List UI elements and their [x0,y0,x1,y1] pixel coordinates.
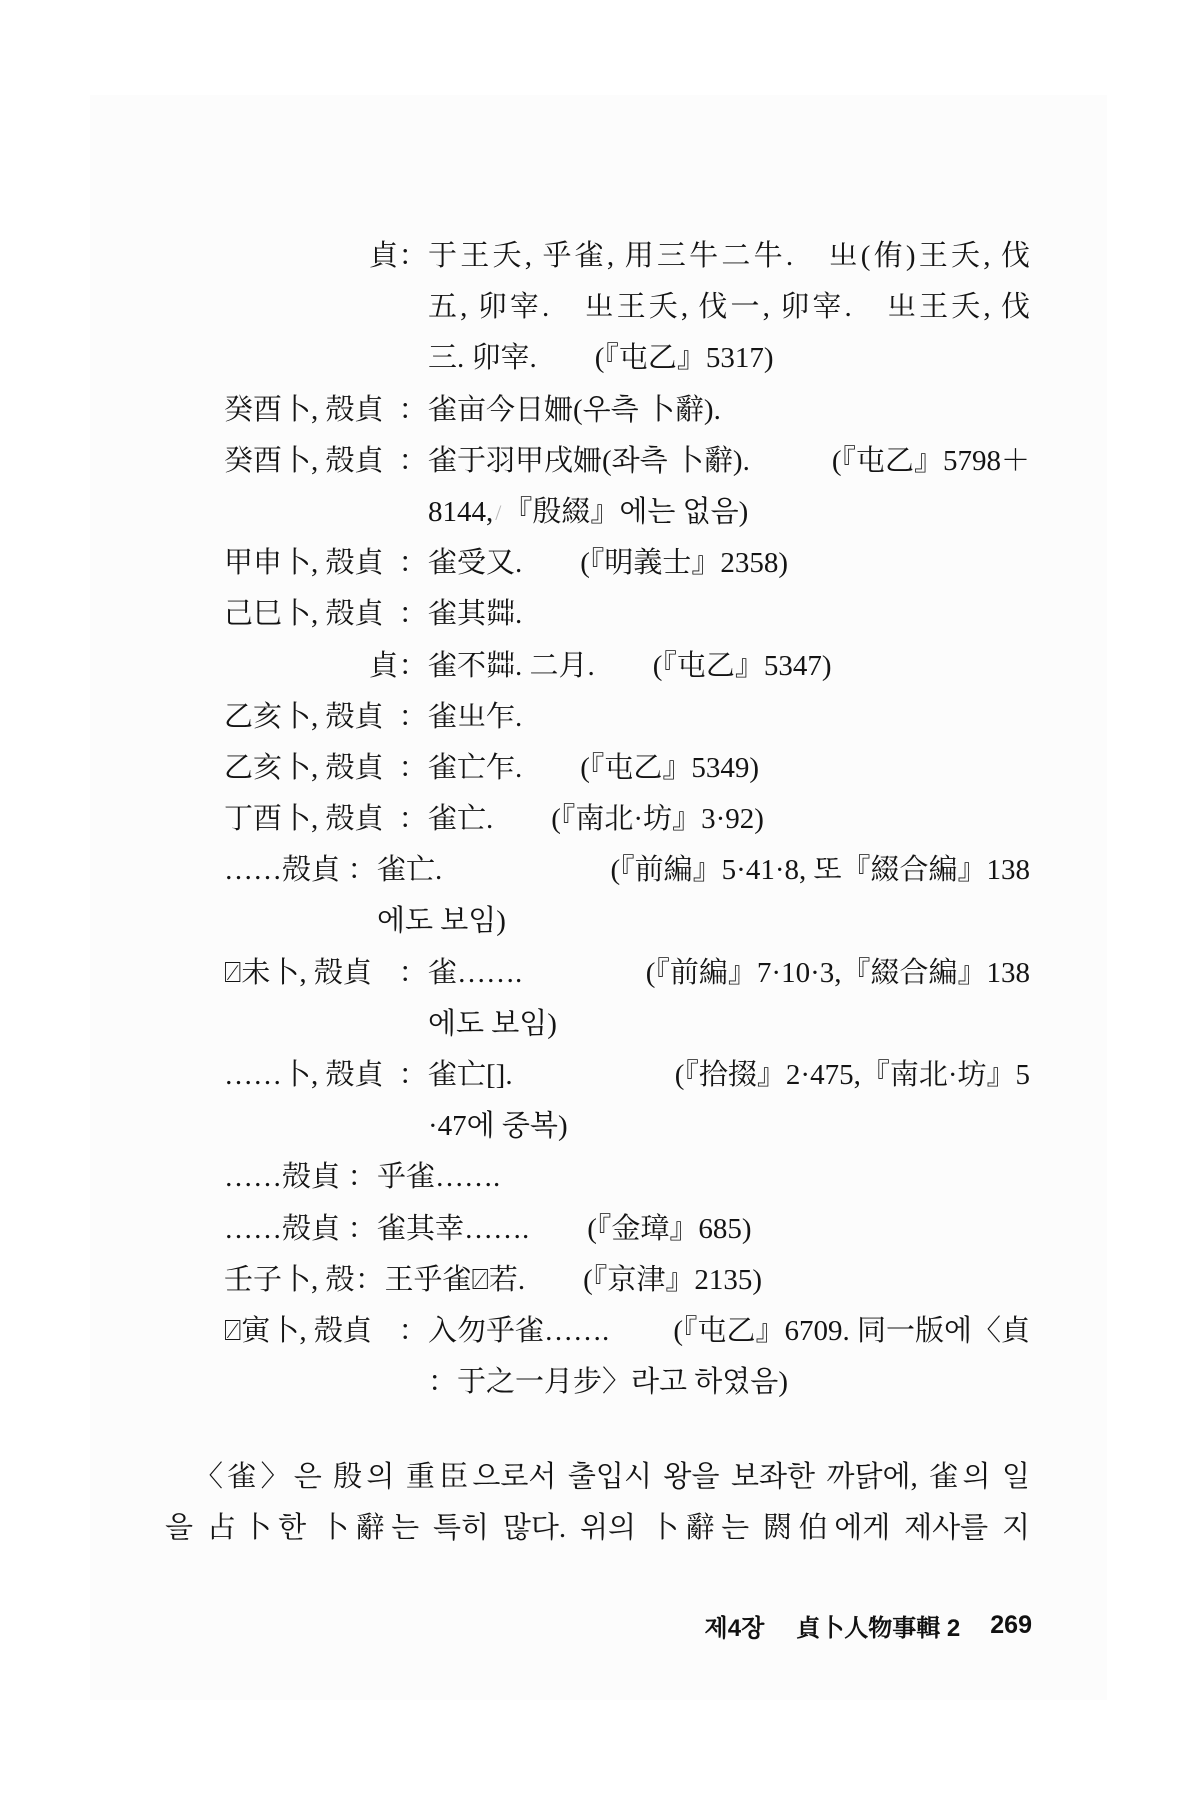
continuation-line: ·47에 중복) [224,1101,1030,1152]
inscription-text: 王乎雀⍁若. [385,1255,526,1306]
line-body: 雀亡𡆥. (『南北·坊』3·92) [428,794,1030,845]
source-citation: (『前編』7·10·3,『綴合編』138 [646,948,1030,999]
inscription-text: 雀亡𡆥. [428,794,493,845]
colon: ： [398,743,428,794]
line-body: 에도 보임) [428,999,1030,1050]
inscription-line: 甲申卜, 殻貞 ： 雀受又. (『明義士』2358) [224,538,1030,589]
colon: ： [355,1255,385,1306]
inscription-text: 雀……. [428,948,522,999]
continuation-line: ：于之一月步〉라고 하였음) [224,1357,1030,1408]
colon: ： [398,1306,428,1357]
line-body: 雀其茻. [428,589,1030,640]
colon: ： [398,385,428,436]
inscription-line: ……殻貞 ： 乎雀……. [224,1152,1030,1203]
continuation-line: 8144, / 『殷綴』에는 없음) [224,487,1030,538]
inscription-line: ……殻貞 ： 雀其幸……. (『金璋』685) [224,1204,1030,1255]
inscription-line: ……殻貞 ： 雀亡𡆥. (『前編』5·41·8, 또『綴合編』138 [224,845,1030,896]
continuation-line: 五, 卯宰. 㞢王夭, 伐一, 卯宰. 㞢王夭, 伐 [224,282,1030,333]
running-footer: 제4장 貞卜人物事輯 2 269 [705,1610,1032,1640]
line-body: 에도 보임) [377,896,1030,947]
line-body: 雀不茻. 二月. (『屯乙』5347) [428,641,1030,692]
inscription-line: ⍁寅卜, 殻貞 ： 入勿乎雀……. (『屯乙』6709. 同一版에〈貞 [224,1306,1030,1357]
stray-mark: / [495,487,501,538]
inscription-text: 8144, [428,487,493,538]
inscription-text: 에도 보임) [428,999,557,1050]
colon: ： [398,692,428,743]
inscription-text: 에도 보임) [377,896,506,947]
inscription-text: 雀其幸……. [377,1204,529,1255]
inscription-text: 『殷綴』에는 없음) [503,487,748,538]
chapter-label: 제4장 [705,1608,765,1643]
line-body: 雀㞢乍𡆥. [428,692,1030,743]
inscription-text: 三. 卯宰. [428,333,537,384]
line-body: 雀亡𡆥. (『前編』5·41·8, 또『綴合編』138 [377,845,1030,896]
source-citation: (『南北·坊』3·92) [551,794,764,845]
inscription-list: 貞 ： 于王夭, 乎雀, 用三牛二牛. 㞢(侑)王夭, 伐 五, 卯宰. 㞢王夭… [224,231,1030,1408]
line-body: 乎雀……. [377,1152,1030,1203]
inscription-text: 雀亡𡆥. [377,845,442,896]
inscription-text: 雀于羽甲戌姍(좌측 卜辭). [428,436,750,487]
colon: ： [398,231,428,282]
inscription-text: 雀受又. [428,538,522,589]
colon: ： [398,589,428,640]
inscription-text: 雀不茻. 二月. [428,641,595,692]
source-citation: (『屯乙』5349) [580,743,759,794]
inscription-text: 雀亡乍𡆥. [428,743,522,794]
inscription-line: 己巳卜, 殻貞 ： 雀其茻. [224,589,1030,640]
continuation-line: 三. 卯宰. (『屯乙』5317) [224,333,1030,384]
line-body: 王乎雀⍁若. (『京津』2135) [385,1255,1030,1306]
continuation-line: 에도 보임) [224,896,1030,947]
source-citation: (『明義士』2358) [580,538,788,589]
inscription-text: ·47에 중복) [428,1101,568,1152]
line-body: 雀受又. (『明義士』2358) [428,538,1030,589]
line-body: 五, 卯宰. 㞢王夭, 伐一, 卯宰. 㞢王夭, 伐 [428,282,1030,333]
line-body: ·47에 중복) [428,1101,1030,1152]
line-label: 丁酉卜, 殻貞 [224,794,398,845]
commentary-paragraph: 〈雀〉은 殷의 重臣으로서 출입시 왕을 보좌한 까닭에, 雀의 일 을 占卜한… [165,1452,1030,1554]
colon: ： [347,845,377,896]
colon: ： [398,436,428,487]
paragraph-line: 〈雀〉은 殷의 重臣으로서 출입시 왕을 보좌한 까닭에, 雀의 일 [165,1452,1030,1503]
line-body: 雀于羽甲戌姍(좌측 卜辭). (『屯乙』5798＋ [428,436,1030,487]
colon: ： [398,794,428,845]
inscription-text: 五, 卯宰. 㞢王夭, 伐一, 卯宰. 㞢王夭, 伐 [428,282,1030,333]
inscription-line: 壬子卜, 殻 ： 王乎雀⍁若. (『京津』2135) [224,1255,1030,1306]
inscription-line: 丁酉卜, 殻貞 ： 雀亡𡆥. (『南北·坊』3·92) [224,794,1030,845]
inscription-text: 于王夭, 乎雀, 用三牛二牛. 㞢(侑)王夭, 伐 [428,231,1030,282]
line-label: ……殻貞 [224,845,347,896]
colon: ： [347,1152,377,1203]
source-citation: (『屯乙』5317) [595,333,774,384]
paragraph-line: 을 占卜한 卜辭는 특히 많다. 위의 卜辭는 閼伯에게 제사를 지 [165,1503,1030,1554]
inscription-line: 乙亥卜, 殻貞 ： 雀㞢乍𡆥. [224,692,1030,743]
source-citation: (『屯乙』6709. 同一版에〈貞 [673,1306,1030,1357]
inscription-text: 雀亩今日姍(우측 卜辭). [428,385,721,436]
inscription-text: ：于之一月步〉라고 하였음) [428,1357,788,1408]
line-body: 雀亡[𡆥]. (『拾掇』2·475,『南北·坊』5 [428,1050,1030,1101]
inscription-line: 癸酉卜, 殻貞 ： 雀于羽甲戌姍(좌측 卜辭). (『屯乙』5798＋ [224,436,1030,487]
line-body: 于王夭, 乎雀, 用三牛二牛. 㞢(侑)王夭, 伐 [428,231,1030,282]
line-label: 乙亥卜, 殻貞 [224,692,398,743]
colon: ： [398,641,428,692]
inscription-line: ⍁未卜, 殻貞 ： 雀……. (『前編』7·10·3,『綴合編』138 [224,948,1030,999]
colon: ： [398,948,428,999]
inscription-text: 雀亡[𡆥]. [428,1050,513,1101]
line-label: 甲申卜, 殻貞 [224,538,398,589]
inscription-line: 乙亥卜, 殻貞 ： 雀亡乍𡆥. (『屯乙』5349) [224,743,1030,794]
source-citation: (『拾掇』2·475,『南北·坊』5 [675,1050,1030,1101]
line-body: 雀……. (『前編』7·10·3,『綴合編』138 [428,948,1030,999]
line-body: 三. 卯宰. (『屯乙』5317) [428,333,1030,384]
source-citation: (『金璋』685) [587,1204,751,1255]
line-body: 8144, / 『殷綴』에는 없음) [428,487,1030,538]
line-label: 己巳卜, 殻貞 [224,589,398,640]
inscription-line: 貞 ： 雀不茻. 二月. (『屯乙』5347) [224,641,1030,692]
inscription-text: 雀其茻. [428,589,522,640]
line-label: ……卜, 殻貞 [224,1050,398,1101]
chapter-title: 貞卜人物事輯 2 [796,1608,960,1643]
line-body: 雀其幸……. (『金璋』685) [377,1204,1030,1255]
line-body: 雀亡乍𡆥. (『屯乙』5349) [428,743,1030,794]
line-label: 乙亥卜, 殻貞 [224,743,398,794]
inscription-text: 入勿乎雀……. [428,1306,609,1357]
inscription-line: 貞 ： 于王夭, 乎雀, 用三牛二牛. 㞢(侑)王夭, 伐 [224,231,1030,282]
source-citation: (『屯乙』5798＋ [832,436,1030,487]
inscription-text: 雀㞢乍𡆥. [428,692,522,743]
inscription-line: ……卜, 殻貞 ： 雀亡[𡆥]. (『拾掇』2·475,『南北·坊』5 [224,1050,1030,1101]
line-label: ……殻貞 [224,1152,347,1203]
line-label: 癸酉卜, 殻貞 [224,436,398,487]
line-label: ……殻貞 [224,1204,347,1255]
line-body: ：于之一月步〉라고 하였음) [428,1357,1030,1408]
source-citation: (『前編』5·41·8, 또『綴合編』138 [611,845,1031,896]
line-label: ⍁寅卜, 殻貞 [224,1306,398,1357]
inscription-text: 乎雀……. [377,1152,500,1203]
colon: ： [398,1050,428,1101]
line-label: 癸酉卜, 殻貞 [224,385,398,436]
line-label: 貞 [224,231,398,282]
colon: ： [347,1204,377,1255]
source-citation: (『京津』2135) [583,1255,762,1306]
inscription-line: 癸酉卜, 殻貞 ： 雀亩今日姍(우측 卜辭). [224,385,1030,436]
line-body: 入勿乎雀……. (『屯乙』6709. 同一版에〈貞 [428,1306,1030,1357]
line-body: 雀亩今日姍(우측 卜辭). [428,385,1030,436]
continuation-line: 에도 보임) [224,999,1030,1050]
line-label: 貞 [224,641,398,692]
source-citation: (『屯乙』5347) [653,641,832,692]
line-label: 壬子卜, 殻 [224,1255,355,1306]
line-label: ⍁未卜, 殻貞 [224,948,398,999]
colon: ： [398,538,428,589]
page-number: 269 [990,1611,1032,1640]
